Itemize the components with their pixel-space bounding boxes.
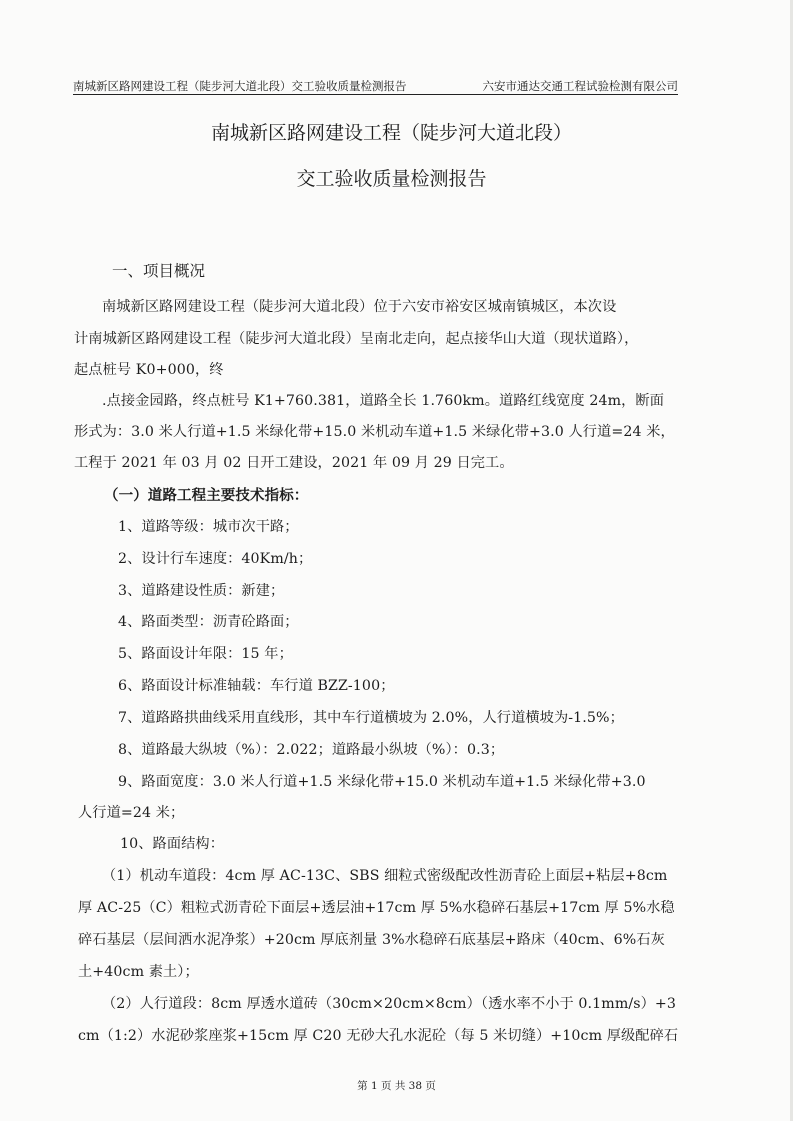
indicator-item: 4、路面类型：沥青砼路面； <box>118 611 299 631</box>
indicator-item: 6、路面设计标准轴载：车行道 BZZ-100； <box>118 675 394 695</box>
indicator-item: 3、道路建设性质：新建； <box>118 580 284 600</box>
subsection-heading-technical-indicators: （一）道路工程主要技术指标： <box>104 484 308 505</box>
paragraph-line: 南城新区路网建设工程（陡步河大道北段）位于六安市裕安区城南镇城区，本次设 <box>102 296 616 316</box>
paragraph-line: 工程于 2021 年 03 月 02 日开工建设，2021 年 09 月 29 … <box>74 452 514 472</box>
running-header: 南城新区路网建设工程（陡步河大道北段）交工验收质量检测报告 六安市通达交通工程试… <box>73 78 678 95</box>
page-number: 第 1 页 共 38 页 <box>0 1078 793 1093</box>
structure-line: （1）机动车道段：4cm 厚 AC-13C、SBS 细粒式密级配改性沥青砼上面层… <box>102 865 667 885</box>
indicator-item: 10、路面结构： <box>120 833 224 853</box>
paragraph-line: 计南城新区路网建设工程（陡步河大道北段）呈南北走向，起点接华山大道（现状道路）， <box>74 328 638 348</box>
structure-line: 厚 AC-25（C）粗粒式沥青砼下面层+透层油+17cm 厚 5%水稳碎石基层+… <box>78 897 675 917</box>
indicator-item: 5、路面设计年限：15 年； <box>118 643 293 663</box>
structure-line: 碎石基层（层间洒水泥净浆）+20cm 厚底剂量 3%水稳碎石底基层+路床（40c… <box>78 929 665 949</box>
paragraph-line: 形式为：3.0 米人行道+1.5 米绿化带+15.0 米机动车道+1.5 米绿化… <box>74 421 675 441</box>
structure-line: cm（1:2）水泥砂浆座浆+15cm 厚 C20 无砂大孔水泥砼（每 5 米切缝… <box>78 1025 678 1045</box>
indicator-item: 8、道路最大纵坡（%）：2.022；道路最小纵坡（%）：0.3； <box>118 739 504 759</box>
indicator-item: 9、路面宽度：3.0 米人行道+1.5 米绿化带+15.0 米机动车道+1.5 … <box>118 771 646 791</box>
indicator-item-continuation: 人行道=24 米； <box>78 802 184 822</box>
section-heading-project-overview: 一、项目概况 <box>112 259 205 281</box>
paragraph-line: 起点桩号 K0+000，终 <box>74 359 224 379</box>
indicator-item: 1、道路等级：城市次干路； <box>118 516 299 536</box>
indicator-item: 2、设计行车速度：40Km/h； <box>118 548 312 568</box>
paragraph-line: .点接金园路，终点桩号 K1+760.381，道路全长 1.760km。道路红线… <box>102 390 664 410</box>
structure-line: （2）人行道段：8cm 厚透水道砖（30cm×20cm×8cm）（透水率不小于 … <box>102 993 676 1013</box>
structure-line: 土+40cm 素土）； <box>78 961 199 981</box>
document-title-line-1: 南城新区路网建设工程（陡步河大道北段） <box>0 118 793 145</box>
document-title-line-2: 交工验收质量检测报告 <box>0 164 793 191</box>
header-company-name: 六安市通达交通工程试验检测有限公司 <box>483 78 679 94</box>
header-report-title: 南城新区路网建设工程（陡步河大道北段）交工验收质量检测报告 <box>73 78 407 94</box>
indicator-item: 7、道路路拱曲线采用直线形，其中车行道横坡为 2.0%，人行道横坡为-1.5%； <box>118 707 624 727</box>
document-page: 南城新区路网建设工程（陡步河大道北段）交工验收质量检测报告 六安市通达交通工程试… <box>0 0 793 1121</box>
